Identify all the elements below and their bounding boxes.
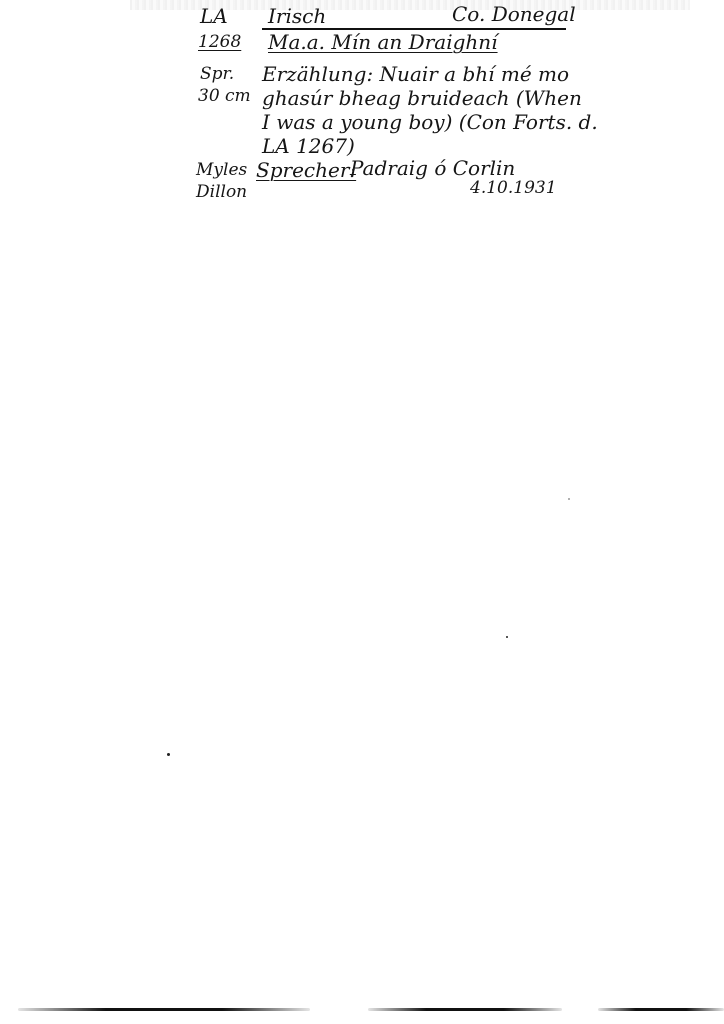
content-line: LA 1267) [262, 134, 355, 158]
speed-label: Spr. [200, 64, 234, 84]
scan-speck [568, 498, 570, 500]
scan-speck [167, 753, 170, 756]
speed-value: 30 cm [198, 86, 251, 106]
recorder-last-name: Dillon [196, 182, 247, 202]
county: Co. Donegal [452, 2, 576, 26]
card-edge-line [598, 1008, 724, 1011]
content-line: I was a young boy) (Con Forts. d. [262, 110, 598, 134]
card-edge-line [18, 1008, 310, 1011]
recording-title: Ma.a. Mín an Draighní [268, 30, 498, 54]
content-line: Erzählung: Nuair a bhí mé mo [262, 62, 569, 86]
archive-code: LA [200, 4, 228, 28]
speaker-name: Padraig ó Corlin [350, 156, 515, 180]
record-number: 1268 [198, 32, 241, 52]
scan-speck [506, 636, 508, 638]
content-line: ghasúr bheag bruideach (When [262, 86, 582, 110]
recorder-first-name: Myles [196, 160, 247, 180]
language: Irisch [268, 4, 326, 28]
recording-date: 4.10.1931 [470, 178, 557, 198]
card-edge-line [368, 1008, 562, 1011]
speaker-label: Sprecher: [256, 158, 356, 182]
